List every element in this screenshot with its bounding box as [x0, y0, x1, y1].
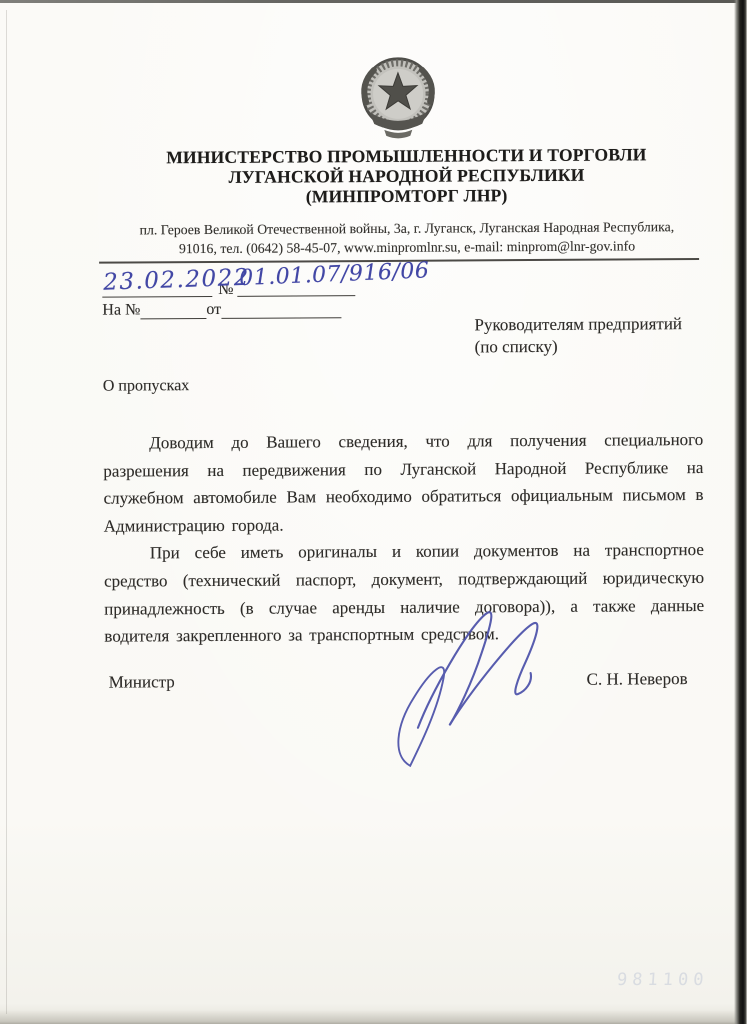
subject-line: О пропусках: [103, 377, 190, 396]
lnr-coat-of-arms-icon: [352, 56, 445, 143]
letterhead: МИНИСТЕРСТВО ПРОМЫШЛЕННОСТИ И ТОРГОВЛИ Л…: [106, 144, 706, 208]
addressee-line1: Руководителям предприятий: [474, 313, 682, 336]
ministry-name-line1: МИНИСТЕРСТВО ПРОМЫШЛЕННОСТИ И ТОРГОВЛИ: [106, 144, 706, 168]
reply-prefix-label: На №: [102, 301, 140, 318]
scan-edge-top: [0, 0, 747, 3]
handwritten-outgoing-number: 01.01.07/916/06: [239, 258, 430, 291]
ministry-name-line3: (МИНПРОМТОРГ ЛНР): [107, 184, 707, 208]
signer-title: Министр: [109, 672, 175, 692]
addressee-line2: (по списку): [475, 335, 683, 358]
reply-reference-row: На №от: [102, 300, 341, 319]
scan-edge-bottom: [0, 1010, 747, 1024]
signer-name: С. Н. Неверов: [587, 669, 688, 690]
scan-edge-right: [734, 0, 747, 1024]
addressee-block: Руководителям предприятий (по списку): [474, 313, 682, 358]
address-line2: 91016, тел. (0642) 58-45-07, www.minprom…: [97, 236, 717, 258]
handwritten-date: 23.02.2022: [103, 265, 251, 296]
page-content: МИНИСТЕРСТВО ПРОМЫШЛЕННОСТИ И ТОРГОВЛИ Л…: [0, 0, 747, 1024]
reply-number-blank-line: [140, 302, 206, 319]
scanned-letter-page: МИНИСТЕРСТВО ПРОМЫШЛЕННОСТИ И ТОРГОВЛИ Л…: [0, 0, 747, 1024]
scan-edge-left: [6, 10, 7, 1014]
letterhead-address: пл. Героев Великой Отечественной войны, …: [97, 218, 717, 259]
handwritten-signature: [379, 605, 565, 776]
reply-from-label: от: [206, 301, 221, 318]
bleed-through-number: 981100: [616, 970, 709, 990]
body-paragraph-1: Доводим до Вашего сведения, что для полу…: [103, 426, 704, 540]
reply-date-blank-line: [221, 301, 341, 319]
